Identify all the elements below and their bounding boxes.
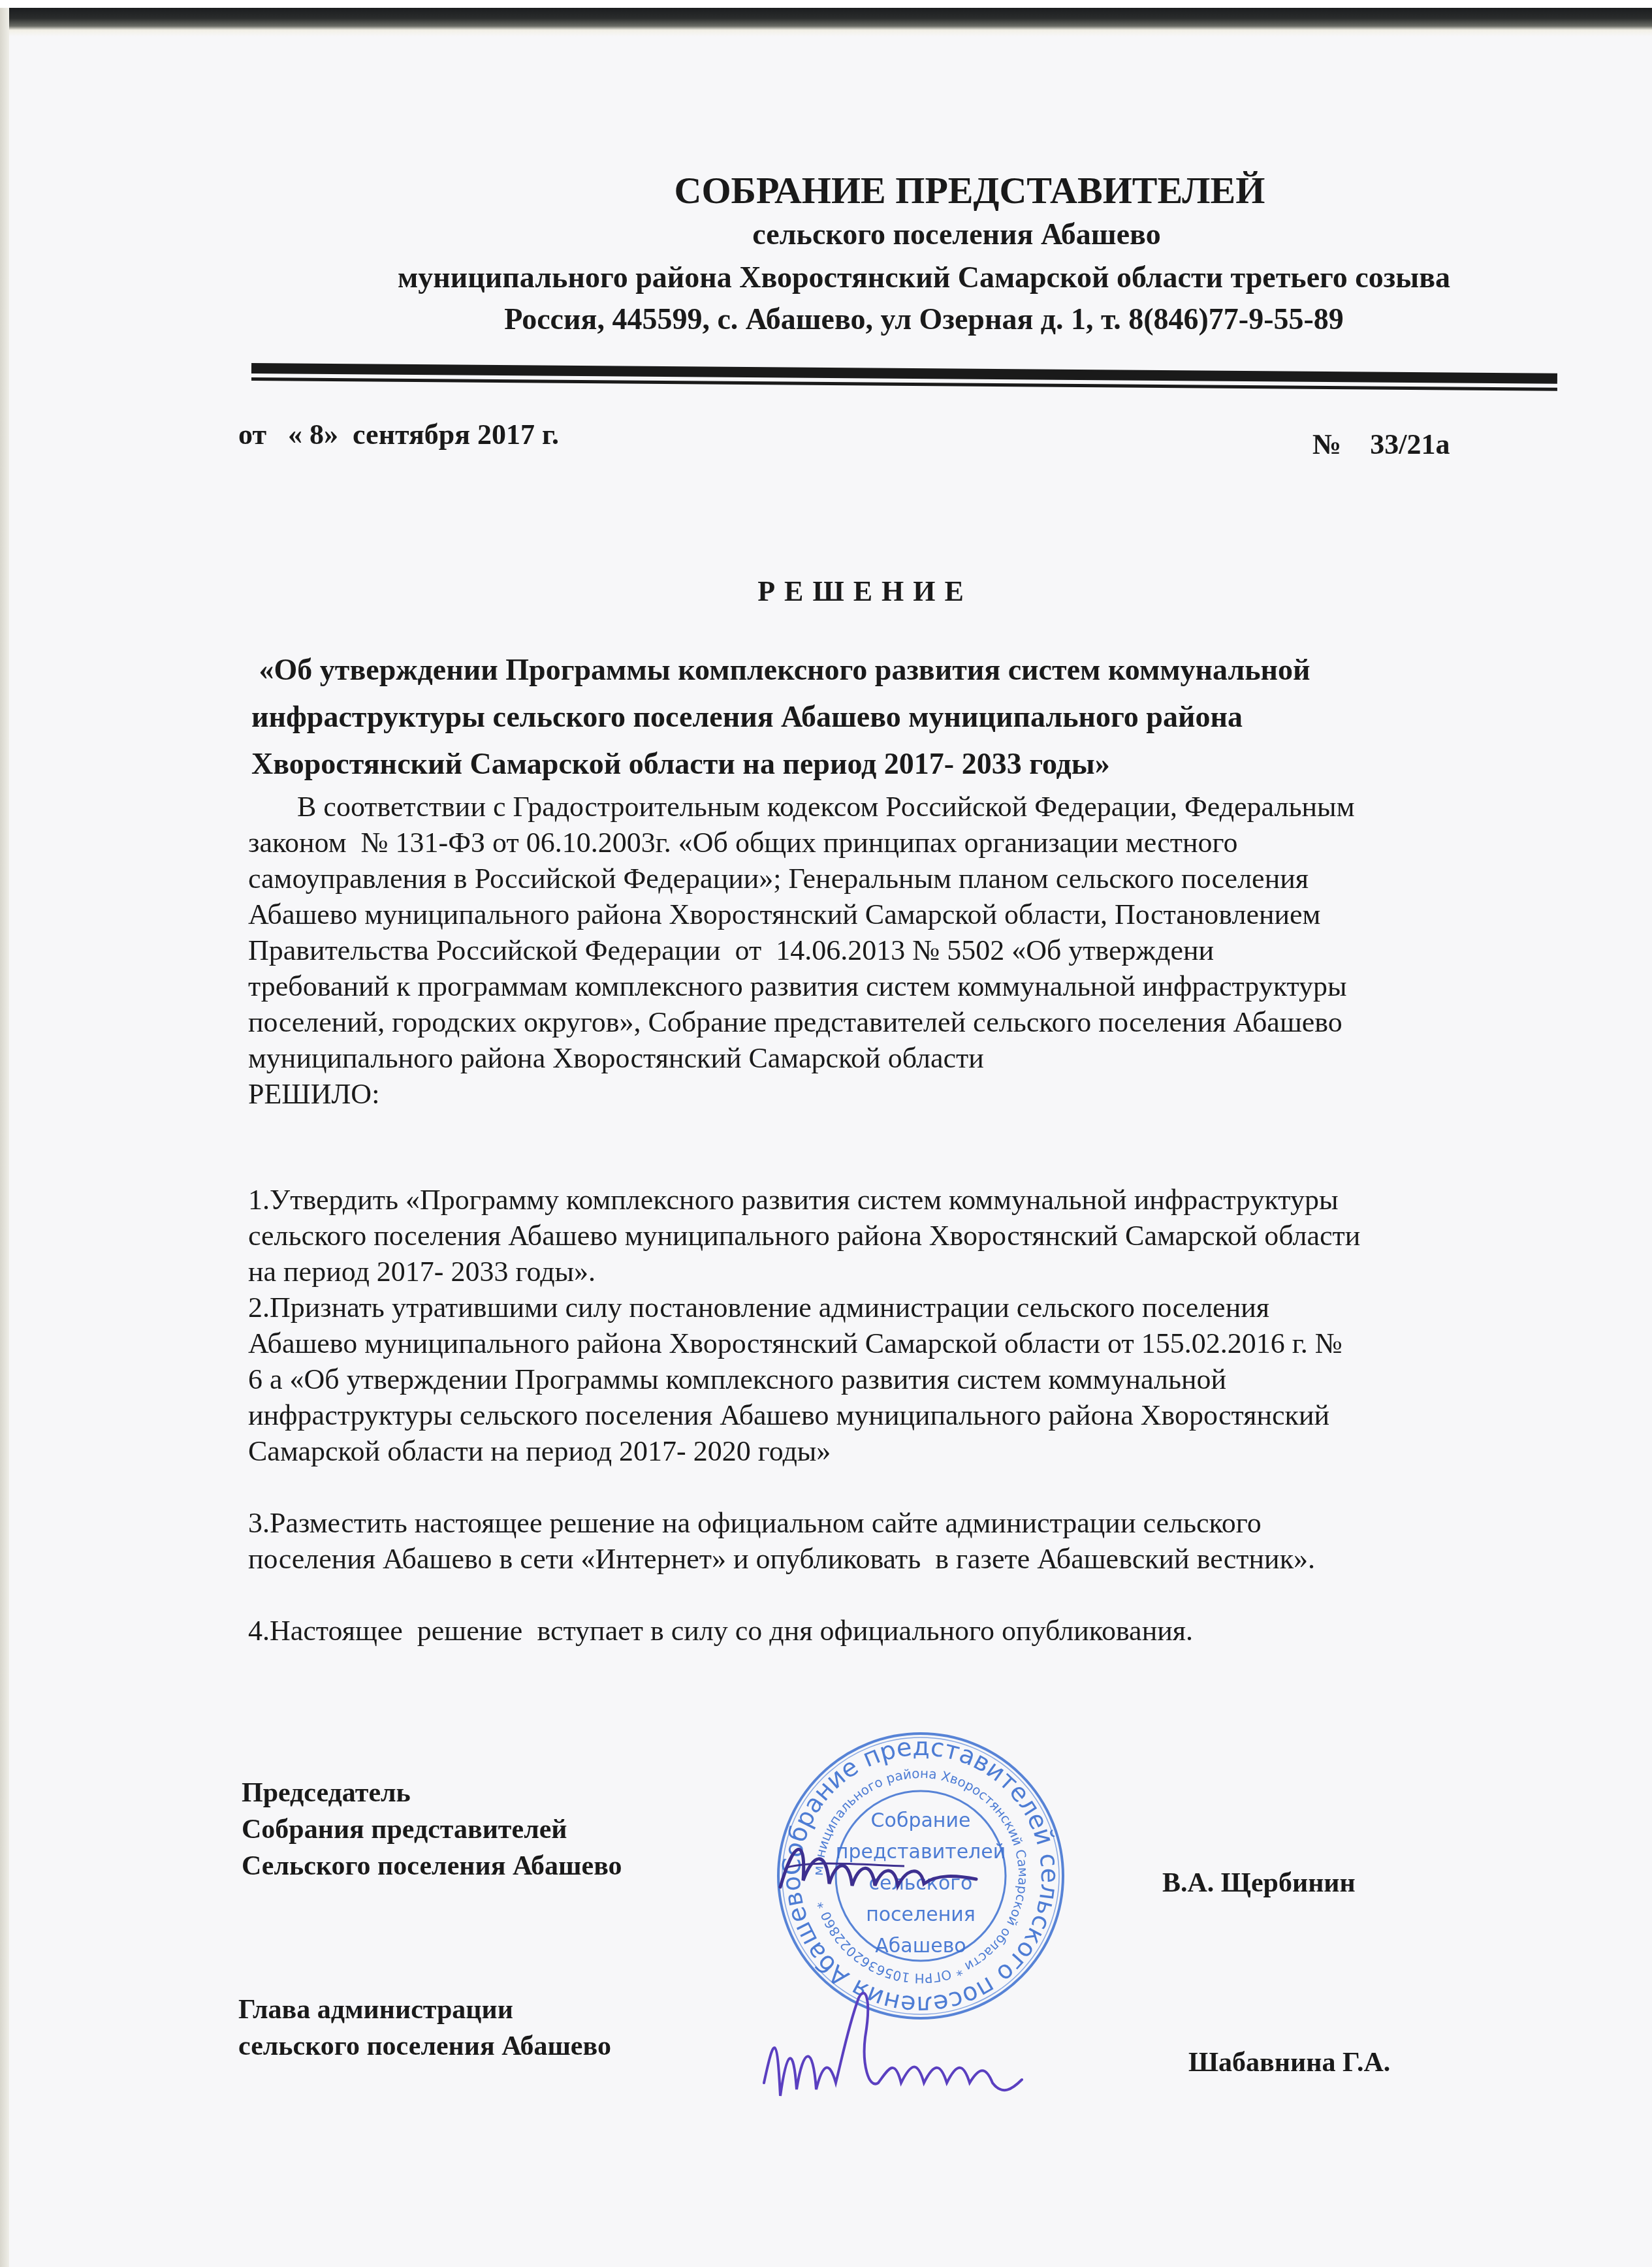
item-2-line: инфраструктуры сельского поселения Абаше… [248, 1397, 1360, 1433]
document-date: от « 8» сентября 2017 г. [238, 418, 559, 451]
subject-line: «Об утверждении Программы комплексного р… [251, 646, 1310, 693]
item-2-line: Абашево муниципального района Хворостянс… [248, 1325, 1360, 1361]
stamp-center-line: Абашево [875, 1935, 966, 1958]
org-name: СОБРАНИЕ ПРЕДСТАВИТЕЛЕЙ [144, 168, 1652, 212]
subject-line: Хворостянский Самарской области на перио… [251, 740, 1310, 787]
preamble-line: Правительства Российской Федерации от 14… [248, 932, 1355, 968]
chair-title-line: Председатель [242, 1775, 622, 1811]
org-district: муниципального района Хворостянский Сама… [98, 260, 1652, 294]
preamble-line: самоуправления в Российской Федерации»; … [248, 861, 1355, 896]
chair-title-line: Сельского поселения Абашево [242, 1848, 622, 1884]
head-title: Глава администрации сельского поселения … [238, 1991, 611, 2065]
org-address: Россия, 445599, с. Абашево, ул Озерная д… [98, 302, 1652, 336]
document-number: № 33/21а [1312, 428, 1450, 461]
resolution-items: 1.Утвердить «Программу комплексного разв… [248, 1182, 1360, 1649]
item-4-line: 4.Настоящее решение вступает в силу со д… [248, 1613, 1360, 1649]
head-signature-icon [757, 1985, 1032, 2129]
chair-title: Председатель Собрания представителей Сел… [242, 1775, 622, 1884]
preamble-line: муниципального района Хворостянский Сама… [248, 1040, 1355, 1076]
spacer [248, 1577, 1360, 1613]
preamble-line: В соответствии с Градостроительным кодек… [248, 789, 1355, 825]
item-1-line: сельского поселения Абашево муниципально… [248, 1218, 1360, 1254]
head-name: Шабавнина Г.А. [1188, 2047, 1390, 2078]
preamble-line: Абашево муниципального района Хворостянс… [248, 896, 1355, 932]
item-3-line: 3.Разместить настоящее решение на официа… [248, 1505, 1360, 1541]
document-title: РЕШЕНИЕ [0, 575, 1652, 608]
head-title-line: сельского поселения Абашево [238, 2028, 611, 2065]
org-settlement: сельского поселения Абашево [131, 217, 1652, 251]
item-1-line: на период 2017- 2033 годы». [248, 1254, 1360, 1290]
chair-signature-icon [774, 1828, 983, 1913]
document-subject: «Об утверждении Программы комплексного р… [251, 646, 1310, 787]
head-title-line: Глава администрации [238, 1991, 611, 2028]
subject-line: инфраструктуры сельского поселения Абаше… [251, 693, 1310, 740]
resolved-label: РЕШИЛО: [248, 1076, 1355, 1112]
chair-title-line: Собрания представителей [242, 1811, 622, 1848]
chair-name: В.А. Щербинин [1162, 1867, 1356, 1899]
item-3-line: поселения Абашево в сети «Интернет» и оп… [248, 1541, 1360, 1577]
preamble: В соответствии с Градостроительным кодек… [248, 789, 1355, 1112]
item-2-line: 6 а «Об утверждении Программы комплексно… [248, 1361, 1360, 1397]
preamble-line: поселений, городских округов», Собрание … [248, 1004, 1355, 1040]
spacer [248, 1469, 1360, 1505]
item-1-line: 1.Утвердить «Программу комплексного разв… [248, 1182, 1360, 1218]
item-2-line: Самарской области на период 2017- 2020 г… [248, 1433, 1360, 1469]
scan-left-edge [0, 8, 9, 2267]
scan-top-edge [0, 0, 1652, 37]
item-2-line: 2.Признать утратившими силу постановлени… [248, 1290, 1360, 1325]
preamble-line: требований к программам комплексного раз… [248, 968, 1355, 1004]
preamble-line: законом № 131-ФЗ от 06.10.2003г. «Об общ… [248, 825, 1355, 861]
